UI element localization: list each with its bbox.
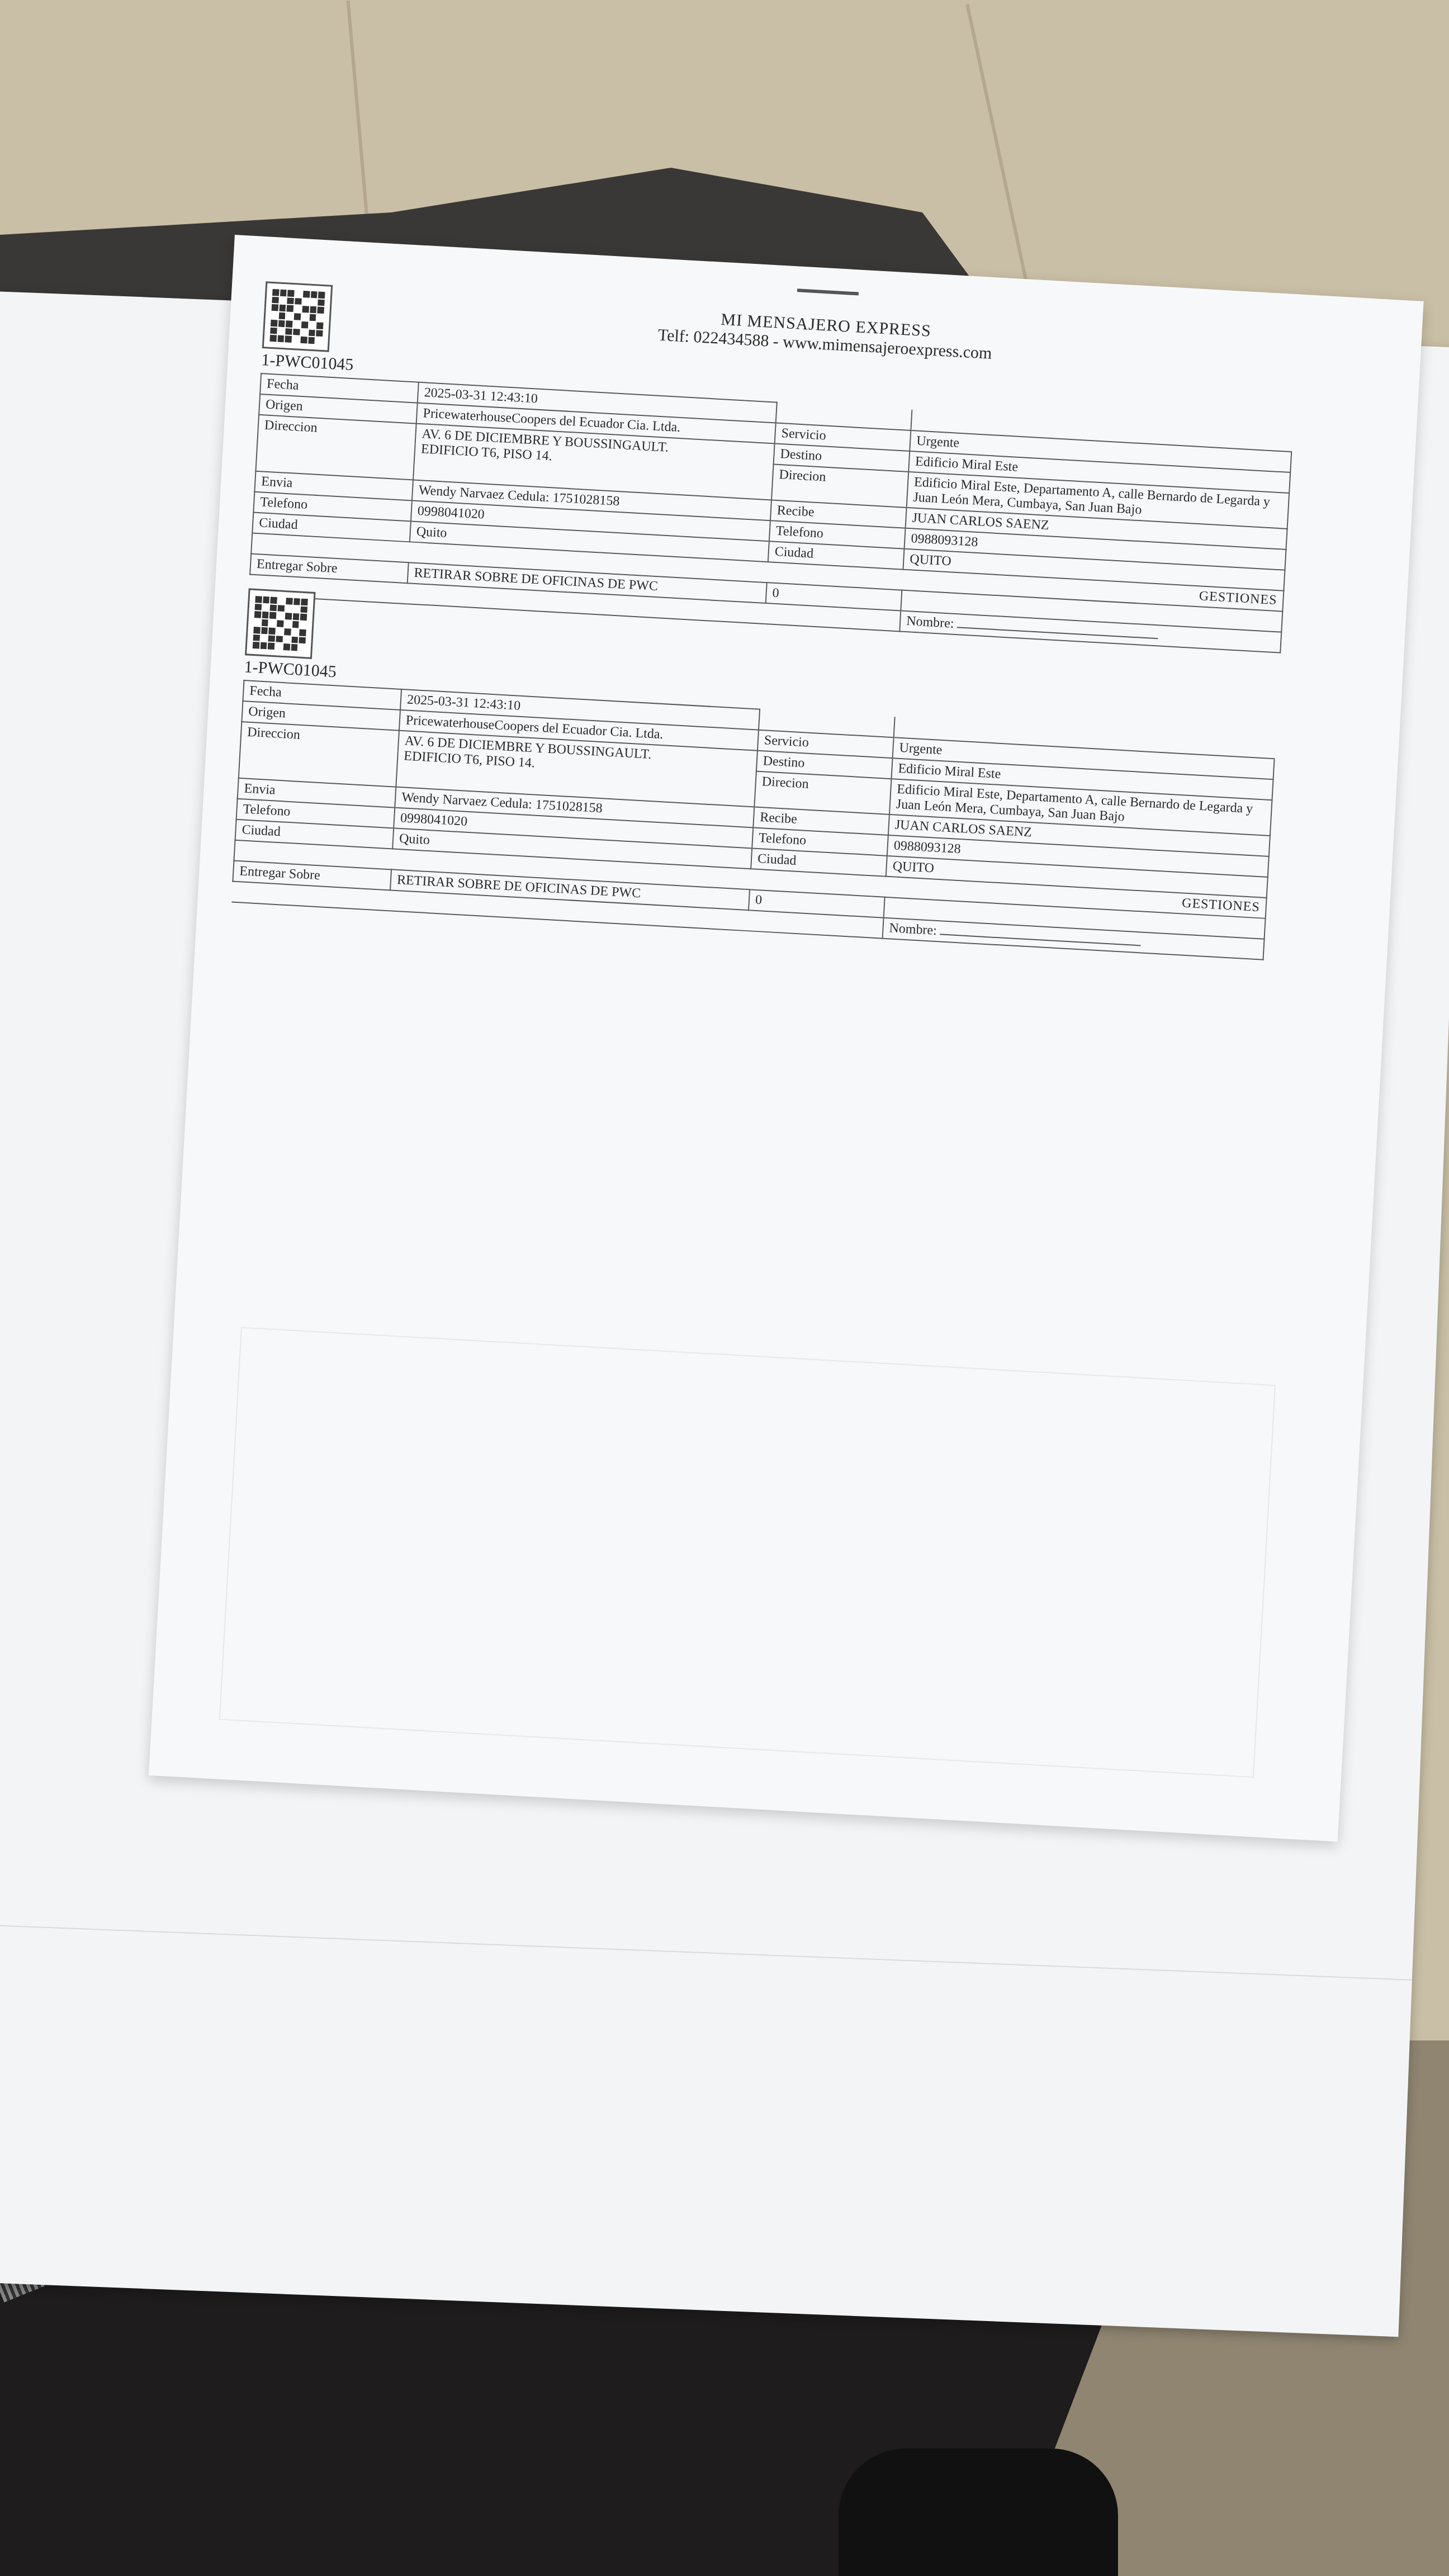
label-nombre: Nombre: [889,921,937,938]
shipping-document: MI MENSAJERO EXPRESS Telf: 022434588 - w… [149,235,1424,1842]
signature-line [940,934,1141,946]
delivery-slip: 1-PWC01045 Fecha 2025-03-31 12:43:10 Ori… [231,588,1281,960]
show-through-print [219,1327,1276,1778]
envelope-flap-crease [0,1922,1412,1981]
header-rule [797,288,859,295]
qr-code-icon [262,281,333,352]
label-direccion: Direccion [255,415,416,480]
shoe [839,2449,1118,2576]
label-direccion: Direccion [239,722,399,787]
qr-code-icon [245,588,316,659]
